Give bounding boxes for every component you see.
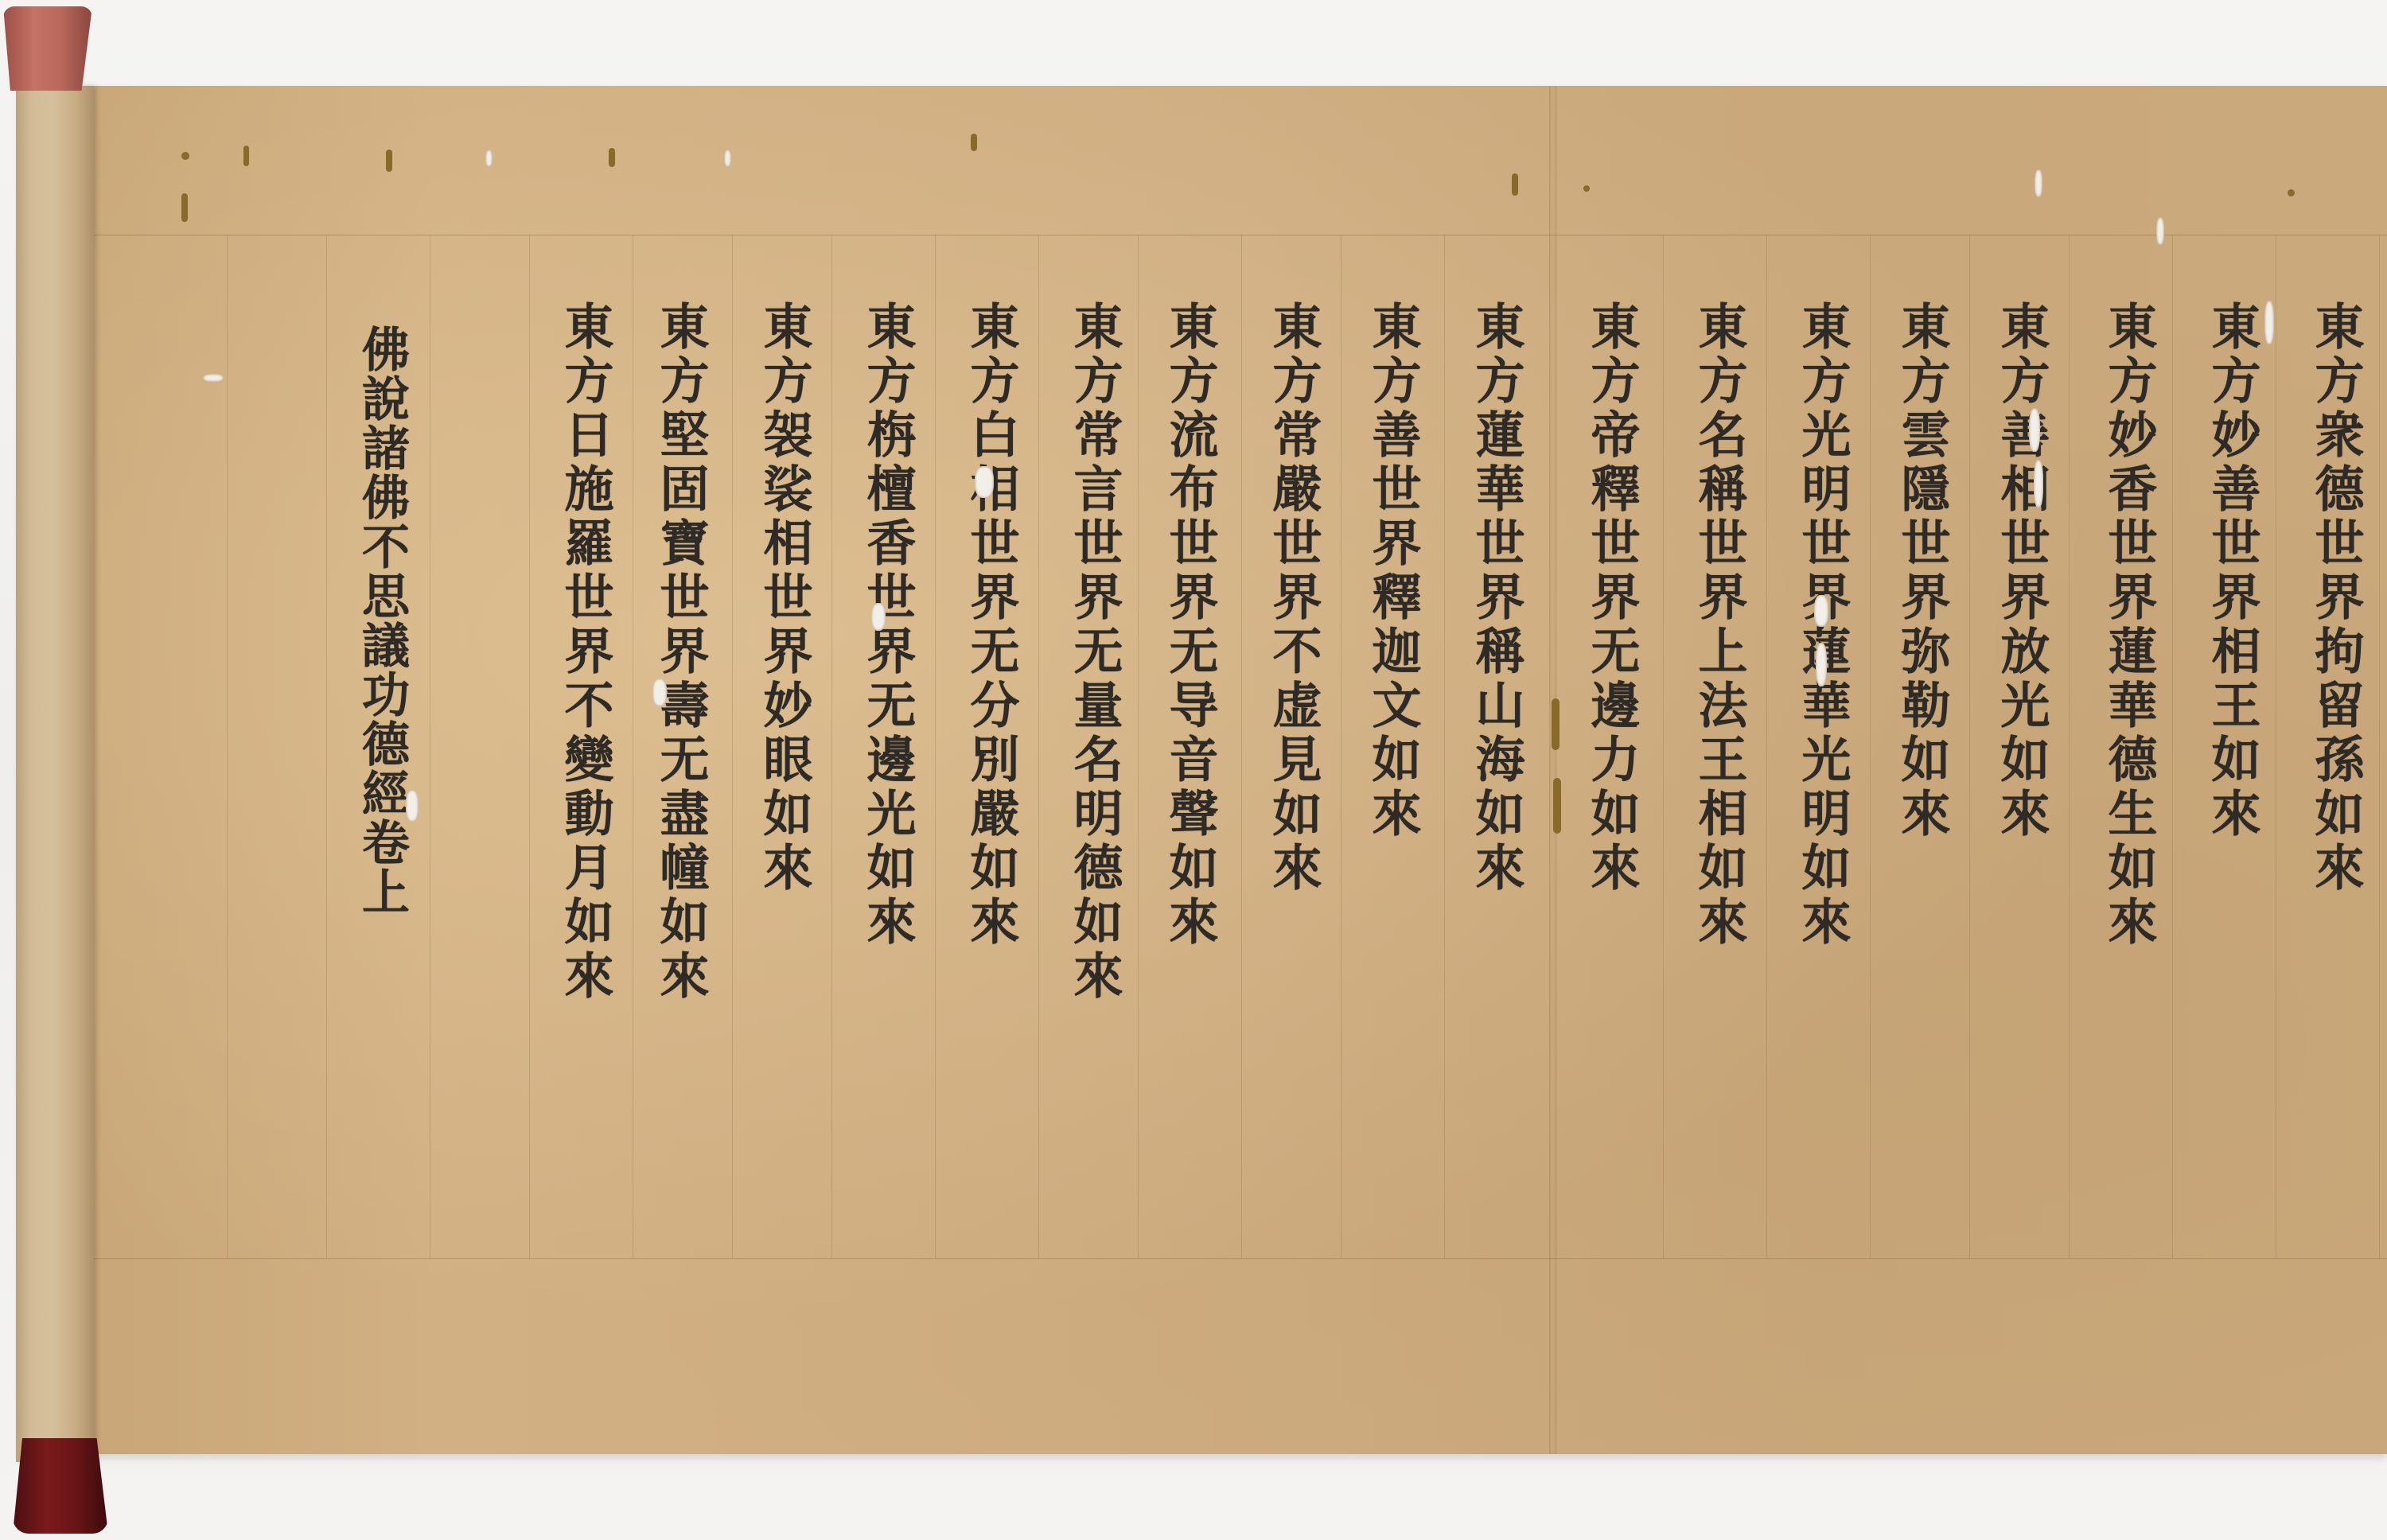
column-rule — [326, 235, 327, 1258]
column-rule — [1870, 235, 1871, 1258]
wormhole — [203, 374, 224, 382]
stain-mark — [971, 134, 977, 151]
scroll-roller — [16, 86, 94, 1462]
text-column-1: 東方衆德世界拘留孫如來 — [2311, 301, 2360, 896]
stain-mark — [1553, 778, 1561, 834]
text-column-5: 東方雲隱世界弥勒如來 — [1897, 301, 1946, 842]
wormhole — [724, 150, 731, 167]
scroll-paper: 東方衆德世界拘留孫如來 東方妙善世界相王如來 東方妙香世界蓮華德生如來 東方善相… — [88, 86, 2387, 1454]
wormhole — [2156, 217, 2164, 245]
text-column-13: 東方常言世界无量名明德如來 — [1069, 301, 1119, 1004]
sutra-title-column: 佛說諸佛不思議功德經卷上 — [358, 325, 406, 916]
bottom-ruled-line — [88, 1258, 2387, 1259]
column-rule — [935, 235, 936, 1258]
text-column-17: 東方堅固寶世界壽无盡幢如來 — [656, 301, 705, 1004]
stain-mark — [1512, 173, 1518, 196]
column-rule — [2069, 235, 2070, 1258]
wormhole — [1816, 643, 1827, 686]
column-rule — [1766, 235, 1767, 1258]
column-rule — [2379, 235, 2380, 1258]
text-column-12: 東方流布世界无导音聲如來 — [1165, 301, 1214, 950]
column-rule — [430, 235, 430, 1258]
text-column-14: 東方白相世界无分別嚴如來 — [966, 301, 1015, 950]
stain-mark — [1583, 185, 1590, 192]
wormhole — [2264, 301, 2274, 344]
stain-mark — [1552, 698, 1560, 750]
stain-mark — [243, 146, 249, 166]
column-rule — [1038, 235, 1039, 1258]
wormhole — [1814, 595, 1828, 627]
column-rule — [1969, 235, 1970, 1258]
column-rule — [831, 235, 832, 1258]
wormhole — [2035, 169, 2042, 197]
roller-end-cap-top — [3, 6, 92, 91]
top-ruled-line — [88, 235, 2387, 235]
text-column-15: 東方栴檀香世界无邊光如來 — [863, 301, 912, 950]
stain-mark — [2288, 189, 2295, 196]
wormhole — [2034, 460, 2043, 507]
wormhole — [871, 603, 886, 631]
column-rule — [529, 235, 530, 1258]
column-rule — [1444, 235, 1445, 1258]
wormhole — [485, 150, 493, 167]
roller-end-cap-bottom — [13, 1438, 108, 1534]
text-column-11: 東方常嚴世界不虚見如來 — [1268, 301, 1318, 896]
text-column-8: 東方帝釋世界无邊力如來 — [1587, 301, 1636, 896]
text-column-10: 東方善世界釋迦文如來 — [1368, 301, 1417, 842]
text-column-2: 東方妙善世界相王如來 — [2207, 301, 2257, 842]
column-rule — [1138, 235, 1139, 1258]
column-rule — [1663, 235, 1664, 1258]
column-rule — [732, 235, 733, 1258]
text-column-4: 東方善相世界放光如來 — [1996, 301, 2046, 842]
wormhole — [2029, 408, 2040, 452]
text-column-3: 東方妙香世界蓮華德生如來 — [2104, 301, 2153, 950]
paper-seam — [1549, 86, 1557, 1454]
column-rule — [2172, 235, 2173, 1258]
stain-mark — [181, 193, 188, 222]
text-column-18: 東方日施羅世界不變動月如來 — [560, 301, 609, 1004]
wormhole — [975, 466, 994, 498]
column-rule — [633, 235, 633, 1258]
column-rule — [227, 235, 228, 1258]
column-rule — [2276, 235, 2276, 1258]
wormhole — [406, 790, 419, 822]
column-rule — [1241, 235, 1242, 1258]
text-column-16: 東方袈裟相世界妙眼如來 — [759, 301, 808, 896]
stain-mark — [181, 152, 189, 160]
text-column-9: 東方蓮華世界稱山海如來 — [1471, 301, 1521, 896]
text-column-7: 東方名稱世界上法王相如來 — [1694, 301, 1743, 950]
wormhole — [652, 679, 667, 706]
stain-mark — [609, 148, 615, 167]
stain-mark — [386, 150, 392, 172]
column-rule — [1341, 235, 1341, 1258]
